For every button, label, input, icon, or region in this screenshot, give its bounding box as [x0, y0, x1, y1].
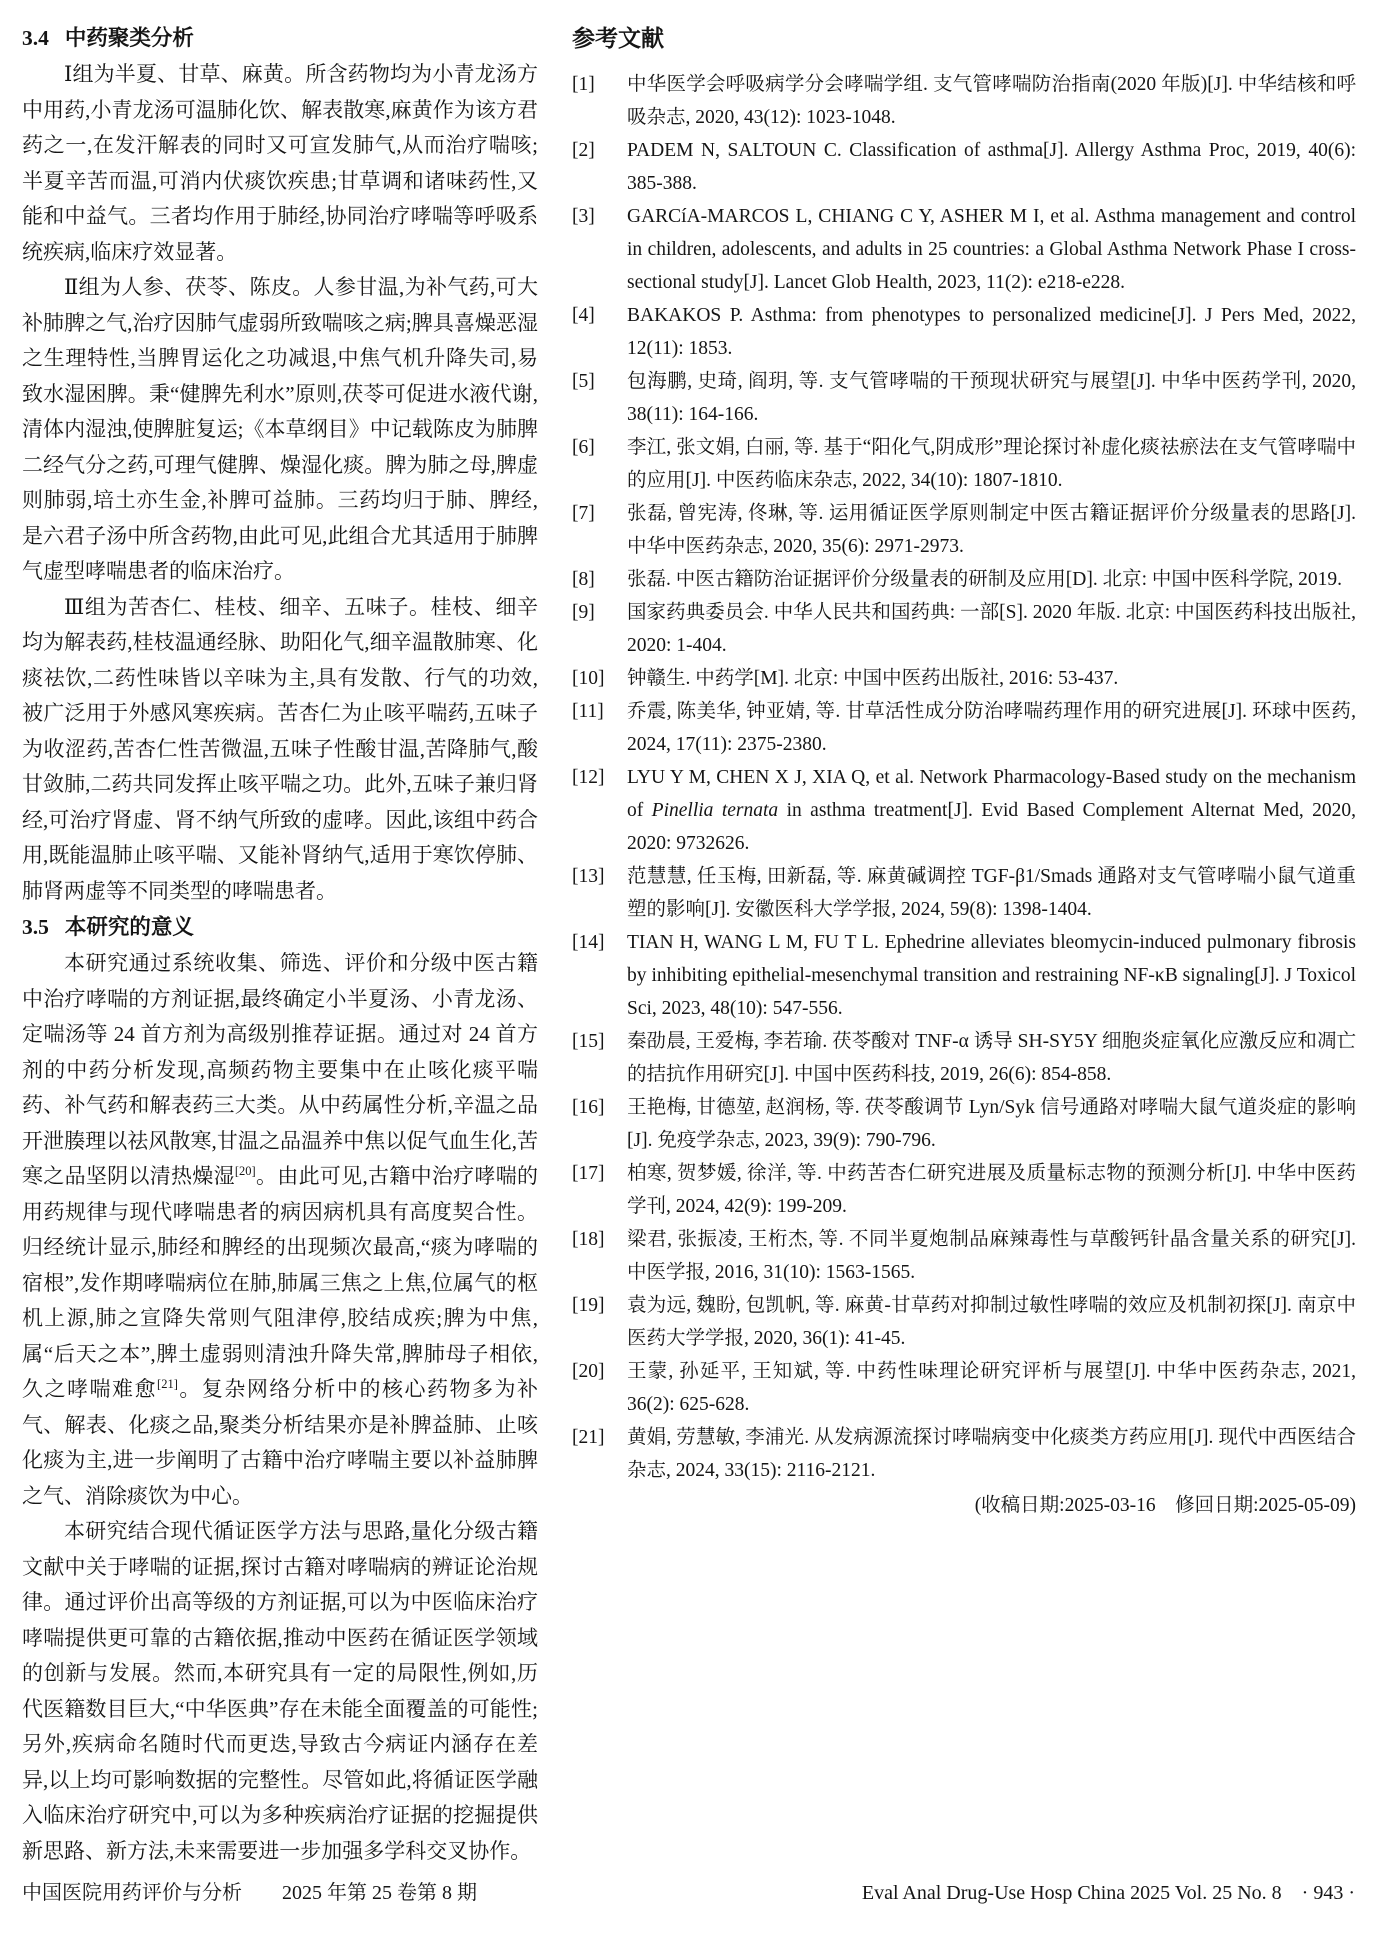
reference-number: [1] [572, 68, 627, 134]
reference-text-part: PADEM N, SALTOUN C. Classification of as… [627, 140, 1356, 194]
reference-number: [15] [572, 1025, 627, 1091]
reference-text-part: 张磊, 曾宪涛, 佟琳, 等. 运用循证医学原则制定中医古籍证据评价分级量表的思… [627, 503, 1356, 557]
section-number: 3.5 [22, 915, 49, 939]
reference-text-part: 乔震, 陈美华, 钟亚婧, 等. 甘草活性成分防治哮喘药理作用的研究进展[J].… [627, 701, 1356, 755]
reference-item: [2]PADEM N, SALTOUN C. Classification of… [572, 134, 1356, 200]
reference-text: LYU Y M, CHEN X J, XIA Q, et al. Network… [627, 761, 1356, 860]
paragraph-text: 本研究通过系统收集、筛选、评价和分级中医古籍中治疗哮喘的方剂证据,最终确定小半夏… [22, 951, 538, 1188]
reference-text: 柏寒, 贺梦媛, 徐洋, 等. 中药苦杏仁研究进展及质量标志物的预测分析[J].… [627, 1157, 1356, 1223]
paragraph-significance-1: 本研究通过系统收集、筛选、评价和分级中医古籍中治疗哮喘的方剂证据,最终确定小半夏… [22, 946, 538, 1514]
reference-text: 范慧慧, 任玉梅, 田新磊, 等. 麻黄碱调控 TGF-β1/Smads 通路对… [627, 860, 1356, 926]
reference-text: 钟赣生. 中药学[M]. 北京: 中国中医药出版社, 2016: 53-437. [627, 662, 1356, 695]
reference-text: 国家药典委员会. 中华人民共和国药典: 一部[S]. 2020 年版. 北京: … [627, 596, 1356, 662]
reference-item: [3]GARCíA-MARCOS L, CHIANG C Y, ASHER M … [572, 200, 1356, 299]
paragraph-cluster-group-1: Ⅰ组为半夏、甘草、麻黄。所含药物均为小青龙汤方中用药,小青龙汤可温肺化饮、解表散… [22, 57, 538, 270]
reference-text-part: 梁君, 张振凌, 王桁杰, 等. 不同半夏炮制品麻辣毒性与草酸钙针晶含量关系的研… [627, 1229, 1356, 1283]
reference-text: 王蒙, 孙延平, 王知斌, 等. 中药性味理论研究评析与展望[J]. 中华中医药… [627, 1355, 1356, 1421]
reference-text: 乔震, 陈美华, 钟亚婧, 等. 甘草活性成分防治哮喘药理作用的研究进展[J].… [627, 695, 1356, 761]
paragraph-significance-2: 本研究结合现代循证医学方法与思路,量化分级古籍文献中关于哮喘的证据,探讨古籍对哮… [22, 1514, 538, 1869]
citation-superscript-21: [21] [157, 1377, 178, 1391]
reference-text-part: BAKAKOS P. Asthma: from phenotypes to pe… [627, 305, 1356, 359]
right-column: 参考文献 [1]中华医学会呼吸病学分会哮喘学组. 支气管哮喘防治指南(2020 … [572, 16, 1356, 1522]
reference-text: 黄娟, 劳慧敏, 李浦光. 从发病源流探讨哮喘病变中化痰类方药应用[J]. 现代… [627, 1421, 1356, 1487]
reference-item: [13]范慧慧, 任玉梅, 田新磊, 等. 麻黄碱调控 TGF-β1/Smads… [572, 860, 1356, 926]
reference-text: 张磊, 曾宪涛, 佟琳, 等. 运用循证医学原则制定中医古籍证据评价分级量表的思… [627, 497, 1356, 563]
paragraph-cluster-group-2: Ⅱ组为人参、茯苓、陈皮。人参甘温,为补气药,可大补肺脾之气,治疗因肺气虚弱所致喘… [22, 270, 538, 590]
section-title: 中药聚类分析 [65, 26, 194, 50]
reference-text-part: 秦劭晨, 王爱梅, 李若瑜. 茯苓酸对 TNF-α 诱导 SH-SY5Y 细胞炎… [627, 1031, 1356, 1085]
reference-item: [15]秦劭晨, 王爱梅, 李若瑜. 茯苓酸对 TNF-α 诱导 SH-SY5Y… [572, 1025, 1356, 1091]
reference-item: [19]袁为远, 魏盼, 包凯帆, 等. 麻黄-甘草药对抑制过敏性哮喘的效应及机… [572, 1289, 1356, 1355]
reference-text: PADEM N, SALTOUN C. Classification of as… [627, 134, 1356, 200]
reference-number: [5] [572, 365, 627, 431]
reference-text-part: 王蒙, 孙延平, 王知斌, 等. 中药性味理论研究评析与展望[J]. 中华中医药… [627, 1361, 1356, 1415]
reference-number: [7] [572, 497, 627, 563]
reference-text: TIAN H, WANG L M, FU T L. Ephedrine alle… [627, 926, 1356, 1025]
reference-number: [14] [572, 926, 627, 1025]
reference-text: 梁君, 张振凌, 王桁杰, 等. 不同半夏炮制品麻辣毒性与草酸钙针晶含量关系的研… [627, 1223, 1356, 1289]
reference-text: 中华医学会呼吸病学分会哮喘学组. 支气管哮喘防治指南(2020 年版)[J]. … [627, 68, 1356, 134]
reference-text: BAKAKOS P. Asthma: from phenotypes to pe… [627, 299, 1356, 365]
reference-item: [12]LYU Y M, CHEN X J, XIA Q, et al. Net… [572, 761, 1356, 860]
left-column: 3.4中药聚类分析 Ⅰ组为半夏、甘草、麻黄。所含药物均为小青龙汤方中用药,小青龙… [22, 20, 538, 1869]
reference-text: GARCíA-MARCOS L, CHIANG C Y, ASHER M I, … [627, 200, 1356, 299]
reference-number: [2] [572, 134, 627, 200]
footer-journal-cn: 中国医院用药评价与分析 2025 年第 25 卷第 8 期 [22, 1878, 477, 1908]
reference-item: [10]钟赣生. 中药学[M]. 北京: 中国中医药出版社, 2016: 53-… [572, 662, 1356, 695]
reference-item: [4]BAKAKOS P. Asthma: from phenotypes to… [572, 299, 1356, 365]
reference-text-part: 柏寒, 贺梦媛, 徐洋, 等. 中药苦杏仁研究进展及质量标志物的预测分析[J].… [627, 1163, 1356, 1217]
reference-text-italic: Pinellia ternata [652, 800, 779, 821]
paper-page: 3.4中药聚类分析 Ⅰ组为半夏、甘草、麻黄。所含药物均为小青龙汤方中用药,小青龙… [0, 0, 1375, 1940]
reference-text-part: 王艳梅, 甘德堃, 赵润杨, 等. 茯苓酸调节 Lyn/Syk 信号通路对哮喘大… [627, 1097, 1356, 1151]
reference-number: [9] [572, 596, 627, 662]
reference-number: [21] [572, 1421, 627, 1487]
reference-item: [18]梁君, 张振凌, 王桁杰, 等. 不同半夏炮制品麻辣毒性与草酸钙针晶含量… [572, 1223, 1356, 1289]
reference-item: [5]包海鹏, 史琦, 阎玥, 等. 支气管哮喘的干预现状研究与展望[J]. 中… [572, 365, 1356, 431]
reference-text-part: 中华医学会呼吸病学分会哮喘学组. 支气管哮喘防治指南(2020 年版)[J]. … [627, 74, 1356, 128]
references-list: [1]中华医学会呼吸病学分会哮喘学组. 支气管哮喘防治指南(2020 年版)[J… [572, 68, 1356, 1487]
reference-text: 李江, 张文娟, 白丽, 等. 基于“阳化气,阴成形”理论探讨补虚化痰祛瘀法在支… [627, 431, 1356, 497]
reference-item: [1]中华医学会呼吸病学分会哮喘学组. 支气管哮喘防治指南(2020 年版)[J… [572, 68, 1356, 134]
reference-number: [19] [572, 1289, 627, 1355]
reference-number: [10] [572, 662, 627, 695]
reference-number: [3] [572, 200, 627, 299]
reference-text-part: 国家药典委员会. 中华人民共和国药典: 一部[S]. 2020 年版. 北京: … [627, 602, 1356, 656]
reference-number: [4] [572, 299, 627, 365]
footer-journal-en: Eval Anal Drug-Use Hosp China 2025 Vol. … [862, 1878, 1355, 1908]
section-title: 本研究的意义 [65, 915, 194, 939]
reference-text-part: 包海鹏, 史琦, 阎玥, 等. 支气管哮喘的干预现状研究与展望[J]. 中华中医… [627, 371, 1356, 425]
reference-item: [17]柏寒, 贺梦媛, 徐洋, 等. 中药苦杏仁研究进展及质量标志物的预测分析… [572, 1157, 1356, 1223]
reference-text-part: 张磊. 中医古籍防治证据评价分级量表的研制及应用[D]. 北京: 中国中医科学院… [627, 569, 1342, 590]
reference-text-part: 袁为远, 魏盼, 包凯帆, 等. 麻黄-甘草药对抑制过敏性哮喘的效应及机制初探[… [627, 1295, 1356, 1349]
received-revised-dates: (收稿日期:2025-03-16 修回日期:2025-05-09) [572, 1489, 1356, 1522]
reference-text: 秦劭晨, 王爱梅, 李若瑜. 茯苓酸对 TNF-α 诱导 SH-SY5Y 细胞炎… [627, 1025, 1356, 1091]
reference-item: [11]乔震, 陈美华, 钟亚婧, 等. 甘草活性成分防治哮喘药理作用的研究进展… [572, 695, 1356, 761]
section-heading-3-4: 3.4中药聚类分析 [22, 20, 538, 57]
reference-item: [7]张磊, 曾宪涛, 佟琳, 等. 运用循证医学原则制定中医古籍证据评价分级量… [572, 497, 1356, 563]
reference-number: [20] [572, 1355, 627, 1421]
reference-number: [8] [572, 563, 627, 596]
section-number: 3.4 [22, 26, 49, 50]
reference-item: [6]李江, 张文娟, 白丽, 等. 基于“阳化气,阴成形”理论探讨补虚化痰祛瘀… [572, 431, 1356, 497]
reference-item: [20]王蒙, 孙延平, 王知斌, 等. 中药性味理论研究评析与展望[J]. 中… [572, 1355, 1356, 1421]
reference-text: 张磊. 中医古籍防治证据评价分级量表的研制及应用[D]. 北京: 中国中医科学院… [627, 563, 1356, 596]
reference-item: [21]黄娟, 劳慧敏, 李浦光. 从发病源流探讨哮喘病变中化痰类方药应用[J]… [572, 1421, 1356, 1487]
reference-number: [6] [572, 431, 627, 497]
reference-item: [8]张磊. 中医古籍防治证据评价分级量表的研制及应用[D]. 北京: 中国中医… [572, 563, 1356, 596]
reference-number: [18] [572, 1223, 627, 1289]
section-heading-3-5: 3.5本研究的意义 [22, 909, 538, 946]
reference-number: [11] [572, 695, 627, 761]
references-heading: 参考文献 [572, 16, 1356, 60]
reference-text: 包海鹏, 史琦, 阎玥, 等. 支气管哮喘的干预现状研究与展望[J]. 中华中医… [627, 365, 1356, 431]
paragraph-text: 。由此可见,古籍中治疗哮喘的用药规律与现代哮喘患者的病因病机具有高度契合性。归经… [22, 1164, 538, 1401]
reference-text-part: 范慧慧, 任玉梅, 田新磊, 等. 麻黄碱调控 TGF-β1/Smads 通路对… [627, 866, 1356, 920]
paragraph-cluster-group-3: Ⅲ组为苦杏仁、桂枝、细辛、五味子。桂枝、细辛均为解表药,桂枝温通经脉、助阳化气,… [22, 590, 538, 910]
reference-text: 王艳梅, 甘德堃, 赵润杨, 等. 茯苓酸调节 Lyn/Syk 信号通路对哮喘大… [627, 1091, 1356, 1157]
reference-number: [12] [572, 761, 627, 860]
reference-number: [16] [572, 1091, 627, 1157]
reference-text-part: 钟赣生. 中药学[M]. 北京: 中国中医药出版社, 2016: 53-437. [627, 668, 1118, 689]
reference-text-part: 李江, 张文娟, 白丽, 等. 基于“阳化气,阴成形”理论探讨补虚化痰祛瘀法在支… [627, 437, 1356, 491]
reference-item: [9]国家药典委员会. 中华人民共和国药典: 一部[S]. 2020 年版. 北… [572, 596, 1356, 662]
page-footer: 中国医院用药评价与分析 2025 年第 25 卷第 8 期 Eval Anal … [22, 1878, 1355, 1908]
reference-item: [14]TIAN H, WANG L M, FU T L. Ephedrine … [572, 926, 1356, 1025]
reference-number: [13] [572, 860, 627, 926]
citation-superscript-20: [20] [235, 1164, 256, 1178]
reference-number: [17] [572, 1157, 627, 1223]
reference-text-part: 黄娟, 劳慧敏, 李浦光. 从发病源流探讨哮喘病变中化痰类方药应用[J]. 现代… [627, 1427, 1356, 1481]
reference-text-part: GARCíA-MARCOS L, CHIANG C Y, ASHER M I, … [627, 206, 1356, 293]
reference-text-part: TIAN H, WANG L M, FU T L. Ephedrine alle… [627, 932, 1356, 1019]
reference-text: 袁为远, 魏盼, 包凯帆, 等. 麻黄-甘草药对抑制过敏性哮喘的效应及机制初探[… [627, 1289, 1356, 1355]
reference-item: [16]王艳梅, 甘德堃, 赵润杨, 等. 茯苓酸调节 Lyn/Syk 信号通路… [572, 1091, 1356, 1157]
